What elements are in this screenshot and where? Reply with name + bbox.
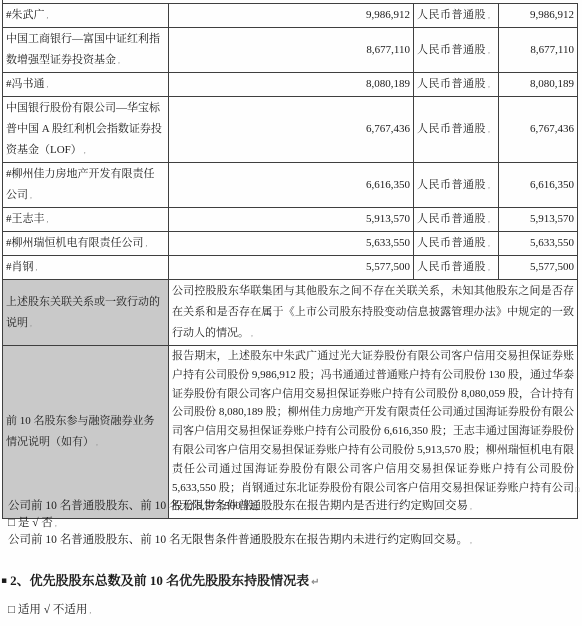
unrestricted-shares-cell: 5,577,500 xyxy=(499,256,578,280)
top10-shareholders-table: #朱武广, 9,986,912 人民币普通股, 9,986,912 中国工商银行… xyxy=(2,3,578,519)
format-mark: , xyxy=(488,11,491,20)
shareholder-name-cell: #柳州佳力房地产开发有限责任公司, xyxy=(3,163,169,208)
format-mark: , xyxy=(251,329,253,338)
share-type-cell: 人民币普通股, xyxy=(414,28,499,73)
format-mark: , xyxy=(47,215,49,224)
shareholder-name-cell: 中国银行股份有限公司—华宝标普中国 A 股红利机会指数证券投资基金（LOF）, xyxy=(3,97,169,163)
format-mark: , xyxy=(470,536,472,545)
cell-text: 人民币普通股 xyxy=(417,78,486,90)
format-mark: , xyxy=(96,438,98,447)
format-mark: , xyxy=(30,319,32,328)
format-mark: , xyxy=(488,181,491,190)
applicability-line: □ 适用 √ 不适用, xyxy=(8,603,91,618)
unrestricted-shares-cell: 6,767,436 xyxy=(499,97,578,163)
format-mark: , xyxy=(488,263,491,272)
format-mark: , xyxy=(488,80,491,89)
relationship-text-cell: 公司控股股东华联集团与其他股东之间不存在关联关系，未知其他股东之间是否存在关系和… xyxy=(169,280,578,346)
shareholder-row: #柳州瑞恒机电有限责任公司, 5,633,550 人民币普通股, 5,633,5… xyxy=(3,232,578,256)
cell-text: 人民币普通股 xyxy=(417,237,486,249)
document-page: #朱武广, 9,986,912 人民币普通股, 9,986,912 中国工商银行… xyxy=(0,0,582,626)
shares-held-cell: 9,986,912 xyxy=(169,4,414,28)
repurchase-statement: 公司前 10 名普通股股东、前 10 名无限售条件普通股股东在报告期内未进行约定… xyxy=(8,533,472,548)
relationship-label-cell: 上述股东关联关系或一致行动的说明, xyxy=(3,280,169,346)
section-heading-text: 2、优先股股东总数及前 10 名优先股股东持股情况表 xyxy=(10,573,309,588)
cell-text: #柳州瑞恒机电有限责任公司 xyxy=(6,237,144,249)
margin-trading-row: 前 10 名股东参与融资融券业务情况说明（如有）, 报告期末，上述股东中朱武广通… xyxy=(3,346,578,519)
cell-text: 人民币普通股 xyxy=(417,261,486,273)
checkbox-applicability-text: □ 适用 √ 不适用 xyxy=(8,604,87,616)
shareholder-name-cell: #柳州瑞恒机电有限责任公司, xyxy=(3,232,169,256)
paragraph-mark-icon: ↵ xyxy=(311,577,319,588)
format-mark: , xyxy=(84,146,86,155)
share-type-cell: 人民币普通股, xyxy=(414,97,499,163)
shareholder-row: #肖钢, 5,577,500 人民币普通股, 5,577,500 xyxy=(3,256,578,280)
cell-text: #朱武广 xyxy=(6,9,45,21)
shares-held-cell: 5,913,570 xyxy=(169,208,414,232)
cell-text: 前 10 名股东参与融资融券业务情况说明（如有） xyxy=(6,415,155,448)
line-text: 公司前 10 名普通股股东、前 10 名无限售条件普通股股东在报告期内是否进行约… xyxy=(8,500,468,512)
shares-held-cell: 8,080,189 xyxy=(169,73,414,97)
share-type-cell: 人民币普通股, xyxy=(414,4,499,28)
shares-held-cell: 5,577,500 xyxy=(169,256,414,280)
cell-text: #柳州佳力房地产开发有限责任公司 xyxy=(6,168,155,201)
unrestricted-shares-cell: 5,633,550 xyxy=(499,232,578,256)
cell-text: 中国工商银行—富国中证红利指数增强型证券投资基金 xyxy=(6,33,160,66)
heading-bullet-icon: ▪ xyxy=(1,576,7,586)
shareholder-row: 中国工商银行—富国中证红利指数增强型证券投资基金, 8,677,110 人民币普… xyxy=(3,28,578,73)
cell-text: #王志丰 xyxy=(6,213,45,225)
repurchase-question: 公司前 10 名普通股股东、前 10 名无限售条件普通股股东在报告期内是否进行约… xyxy=(8,499,472,514)
format-mark: , xyxy=(488,125,491,134)
shareholder-row: #朱武广, 9,986,912 人民币普通股, 9,986,912 xyxy=(3,4,578,28)
relationship-row: 上述股东关联关系或一致行动的说明, 公司控股股东华联集团与其他股东之间不存在关联… xyxy=(3,280,578,346)
format-mark: , xyxy=(36,263,38,272)
shareholder-name-cell: #王志丰, xyxy=(3,208,169,232)
cell-text: 公司控股股东华联集团与其他股东之间不存在关联关系，未知其他股东之间是否存在关系和… xyxy=(172,285,574,339)
share-type-cell: 人民币普通股, xyxy=(414,232,499,256)
format-mark: , xyxy=(488,239,491,248)
shares-held-cell: 6,767,436 xyxy=(169,97,414,163)
share-type-cell: 人民币普通股, xyxy=(414,163,499,208)
format-mark: , xyxy=(47,80,49,89)
shareholder-name-cell: 中国工商银行—富国中证红利指数增强型证券投资基金, xyxy=(3,28,169,73)
share-type-cell: 人民币普通股, xyxy=(414,73,499,97)
table-end-mark: □ xyxy=(575,486,579,494)
cell-text: 人民币普通股 xyxy=(417,213,486,225)
cell-text: #冯书通 xyxy=(6,78,45,90)
shares-held-cell: 8,677,110 xyxy=(169,28,414,73)
format-mark: , xyxy=(488,46,491,55)
format-mark: , xyxy=(30,191,32,200)
line-text: 公司前 10 名普通股股东、前 10 名无限售条件普通股股东在报告期内未进行约定… xyxy=(8,534,468,546)
format-mark: , xyxy=(47,11,49,20)
cell-text: 人民币普通股 xyxy=(417,44,486,56)
margin-trading-text-cell: 报告期末，上述股东中朱武广通过光大证券股份有限公司客户信用交易担保证券账户持有公… xyxy=(169,346,578,519)
unrestricted-shares-cell: 5,913,570 xyxy=(499,208,578,232)
unrestricted-shares-cell: 8,080,189 xyxy=(499,73,578,97)
shares-held-cell: 5,633,550 xyxy=(169,232,414,256)
cell-text: 报告期末，上述股东中朱武广通过光大证券股份有限公司客户信用交易担保证券账户持有公… xyxy=(172,350,574,512)
unrestricted-shares-cell: 9,986,912 xyxy=(499,4,578,28)
cell-text: 人民币普通股 xyxy=(417,123,486,135)
format-mark: , xyxy=(488,215,491,224)
format-mark: , xyxy=(470,502,472,511)
cell-text: #肖钢 xyxy=(6,261,34,273)
unrestricted-shares-cell: 8,677,110 xyxy=(499,28,578,73)
shareholder-row: #王志丰, 5,913,570 人民币普通股, 5,913,570 xyxy=(3,208,578,232)
cell-text: 人民币普通股 xyxy=(417,9,486,21)
checkbox-answer-text: □ 是 √ 否 xyxy=(8,517,53,529)
repurchase-answer: □ 是 √ 否, xyxy=(8,516,57,531)
shares-held-cell: 6,616,350 xyxy=(169,163,414,208)
unrestricted-shares-cell: 6,616,350 xyxy=(499,163,578,208)
format-mark: , xyxy=(118,56,120,65)
section-heading: ▪2、优先股股东总数及前 10 名优先股股东持股情况表↵ xyxy=(1,570,320,589)
format-mark: , xyxy=(55,519,57,528)
cell-text: 人民币普通股 xyxy=(417,179,486,191)
shareholder-name-cell: #朱武广, xyxy=(3,4,169,28)
shareholder-row: #冯书通, 8,080,189 人民币普通股, 8,080,189 xyxy=(3,73,578,97)
format-mark: , xyxy=(146,239,148,248)
shareholder-name-cell: #肖钢, xyxy=(3,256,169,280)
shareholder-row: #柳州佳力房地产开发有限责任公司, 6,616,350 人民币普通股, 6,61… xyxy=(3,163,578,208)
share-type-cell: 人民币普通股, xyxy=(414,208,499,232)
shareholder-row: 中国银行股份有限公司—华宝标普中国 A 股红利机会指数证券投资基金（LOF）, … xyxy=(3,97,578,163)
margin-trading-label-cell: 前 10 名股东参与融资融券业务情况说明（如有）, xyxy=(3,346,169,519)
shareholder-name-cell: #冯书通, xyxy=(3,73,169,97)
share-type-cell: 人民币普通股, xyxy=(414,256,499,280)
format-mark: , xyxy=(89,606,91,615)
